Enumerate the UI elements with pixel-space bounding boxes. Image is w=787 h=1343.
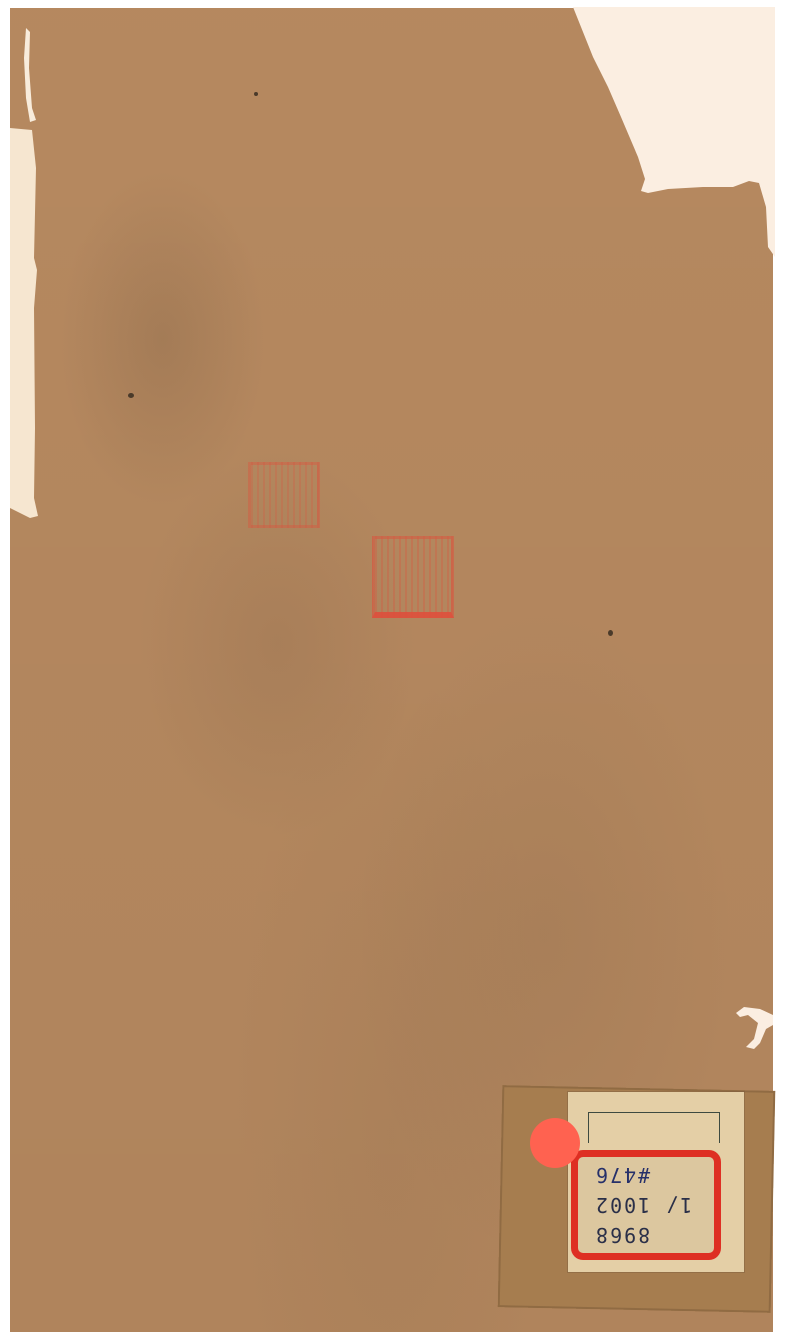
label-line-3: 8968: [594, 1223, 650, 1247]
lower-seal: [372, 536, 454, 618]
ink-spot: [128, 393, 134, 398]
ink-spot: [608, 630, 613, 636]
label-line-1: #476: [594, 1163, 650, 1187]
ink-spot: [254, 92, 258, 96]
library-label: #476 1/ 1002 8968: [571, 1150, 721, 1260]
right-edge-damage: [732, 983, 773, 1053]
label-bracket: [588, 1112, 720, 1143]
red-dot-sticker: [530, 1118, 580, 1168]
torn-corner: [563, 7, 775, 267]
label-line-2: 1/ 1002: [594, 1193, 692, 1217]
left-edge-damage: [10, 8, 50, 528]
upper-seal: [248, 462, 320, 528]
